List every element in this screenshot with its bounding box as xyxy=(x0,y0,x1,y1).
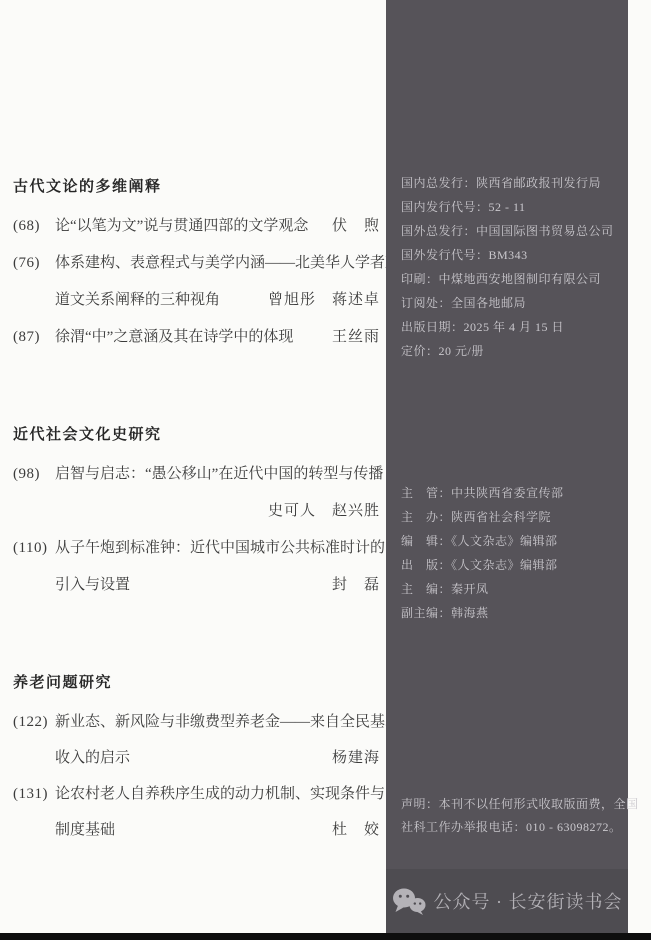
entry-authors: 杜 姣 xyxy=(320,819,380,841)
toc-entry: (98) 启智与启志：“愚公移山”在近代中国的转型与传播 xyxy=(13,463,380,500)
staff-line: 主 编：秦开凤 xyxy=(401,577,564,601)
toc-entry: (87) 徐渭“中”之意涵及其在诗学中的体现 王丝雨 xyxy=(13,326,380,363)
section-heading: 近代社会文化史研究 xyxy=(13,424,380,446)
info-line: 印刷：中煤地西安地图制印有限公司 xyxy=(401,267,614,291)
entry-number: (131) xyxy=(13,783,55,805)
entry-title: 从子午炮到标准钟：近代中国城市公共标准时计的 xyxy=(55,537,385,559)
info-line: 国内总发行：陕西省邮政报刊发行局 xyxy=(401,171,614,195)
staff-line: 副主编：韩海燕 xyxy=(401,601,564,625)
toc-entry: (131) 论农村老人自养秩序生成的动力机制、实现条件与 xyxy=(13,783,380,819)
info-line: 出版日期：2025 年 4 月 15 日 xyxy=(401,315,614,339)
section-heading: 养老问题研究 xyxy=(13,672,380,694)
toc-entry: (76) 体系建构、表意程式与美学内涵——北美华人学者对 xyxy=(13,252,380,289)
entry-number: (87) xyxy=(13,326,55,348)
entry-title: 收入的启示 xyxy=(55,747,130,769)
entry-title: 论农村老人自养秩序生成的动力机制、实现条件与 xyxy=(55,783,385,805)
entry-authors: 封 磊 xyxy=(320,574,380,596)
info-line: 国外发行代号：BM343 xyxy=(401,243,614,267)
toc-entry-continuation: 制度基础 杜 姣 xyxy=(13,819,380,855)
entry-title: 引入与设置 xyxy=(55,574,130,596)
entry-title: 体系建构、表意程式与美学内涵——北美华人学者对 xyxy=(55,252,400,274)
toc-entry-continuation: 引入与设置 封 磊 xyxy=(13,574,380,611)
staff-line: 编 辑：《人文杂志》编辑部 xyxy=(401,529,564,553)
entry-title: 新业态、新风险与非缴费型养老金——来自全民基本 xyxy=(55,711,400,733)
entry-title: 道文关系阐释的三种视角 xyxy=(55,289,220,311)
toc-section-elderly-care-research: 养老问题研究 (122) 新业态、新风险与非缴费型养老金——来自全民基本 收入的… xyxy=(13,672,380,855)
staff-line: 主 管：中共陕西省委宣传部 xyxy=(401,481,564,505)
toc-entry: (122) 新业态、新风险与非缴费型养老金——来自全民基本 xyxy=(13,711,380,747)
journal-toc-page: 古代文论的多维阐释 (68) 论“以笔为文”说与贯通四部的文学观念 伏 煦 (7… xyxy=(0,0,651,940)
entry-number: (98) xyxy=(13,463,55,485)
info-line: 订阅处：全国各地邮局 xyxy=(401,291,614,315)
publication-info: 国内总发行：陕西省邮政报刊发行局 国内发行代号：52 - 11 国外总发行：中国… xyxy=(401,171,614,363)
statement: 声明：本刊不以任何形式收取版面费，全国 社科工作办举报电话：010 - 6309… xyxy=(401,793,639,839)
entry-authors: 伏 煦 xyxy=(320,215,380,237)
wechat-footer-band: 公众号 · 长安街读书会 xyxy=(386,869,628,933)
entry-number: (76) xyxy=(13,252,55,274)
statement-line: 声明：本刊不以任何形式收取版面费，全国 xyxy=(401,793,639,816)
info-line: 定价：20 元/册 xyxy=(401,339,614,363)
footer-label: 公众号 · 长安街读书会 xyxy=(434,888,623,914)
info-line: 国内发行代号：52 - 11 xyxy=(401,195,614,219)
entry-title: 制度基础 xyxy=(55,819,115,841)
entry-title: 论“以笔为文”说与贯通四部的文学观念 xyxy=(55,215,308,237)
staff-info: 主 管：中共陕西省委宣传部 主 办：陕西省社会科学院 编 辑：《人文杂志》编辑部… xyxy=(401,481,564,625)
toc-entry-continuation: 史可人 赵兴胜 xyxy=(13,500,380,537)
toc-entry-continuation: 道文关系阐释的三种视角 曾旭彤 蒋述卓 xyxy=(13,289,380,326)
toc-section-modern-social-cultural-history: 近代社会文化史研究 (98) 启智与启志：“愚公移山”在近代中国的转型与传播 史… xyxy=(13,424,380,611)
info-line: 国外总发行：中国国际图书贸易总公司 xyxy=(401,219,614,243)
statement-line: 社科工作办举报电话：010 - 63098272。 xyxy=(401,816,639,839)
section-heading: 古代文论的多维阐释 xyxy=(13,176,380,198)
publication-sidebar: 国内总发行：陕西省邮政报刊发行局 国内发行代号：52 - 11 国外总发行：中国… xyxy=(386,0,628,933)
entry-authors: 杨建海 xyxy=(320,747,380,769)
entry-number: (68) xyxy=(13,215,55,237)
toc-section-ancient-literary-theory: 古代文论的多维阐释 (68) 论“以笔为文”说与贯通四部的文学观念 伏 煦 (7… xyxy=(13,176,380,363)
staff-line: 出 版：《人文杂志》编辑部 xyxy=(401,553,564,577)
staff-line: 主 办：陕西省社会科学院 xyxy=(401,505,564,529)
entry-title: 启智与启志：“愚公移山”在近代中国的转型与传播 xyxy=(55,463,383,485)
entry-authors: 史可人 赵兴胜 xyxy=(256,500,380,522)
entry-number: (110) xyxy=(13,537,55,559)
entry-number: (122) xyxy=(13,711,55,733)
wechat-icon xyxy=(392,888,426,915)
toc-entry: (110) 从子午炮到标准钟：近代中国城市公共标准时计的 xyxy=(13,537,380,574)
entry-title: 徐渭“中”之意涵及其在诗学中的体现 xyxy=(55,326,293,348)
toc-entry-continuation: 收入的启示 杨建海 xyxy=(13,747,380,783)
toc-entry: (68) 论“以笔为文”说与贯通四部的文学观念 伏 煦 xyxy=(13,215,380,252)
entry-authors: 曾旭彤 蒋述卓 xyxy=(256,289,380,311)
entry-authors: 王丝雨 xyxy=(320,326,380,348)
bottom-bar xyxy=(0,933,651,940)
